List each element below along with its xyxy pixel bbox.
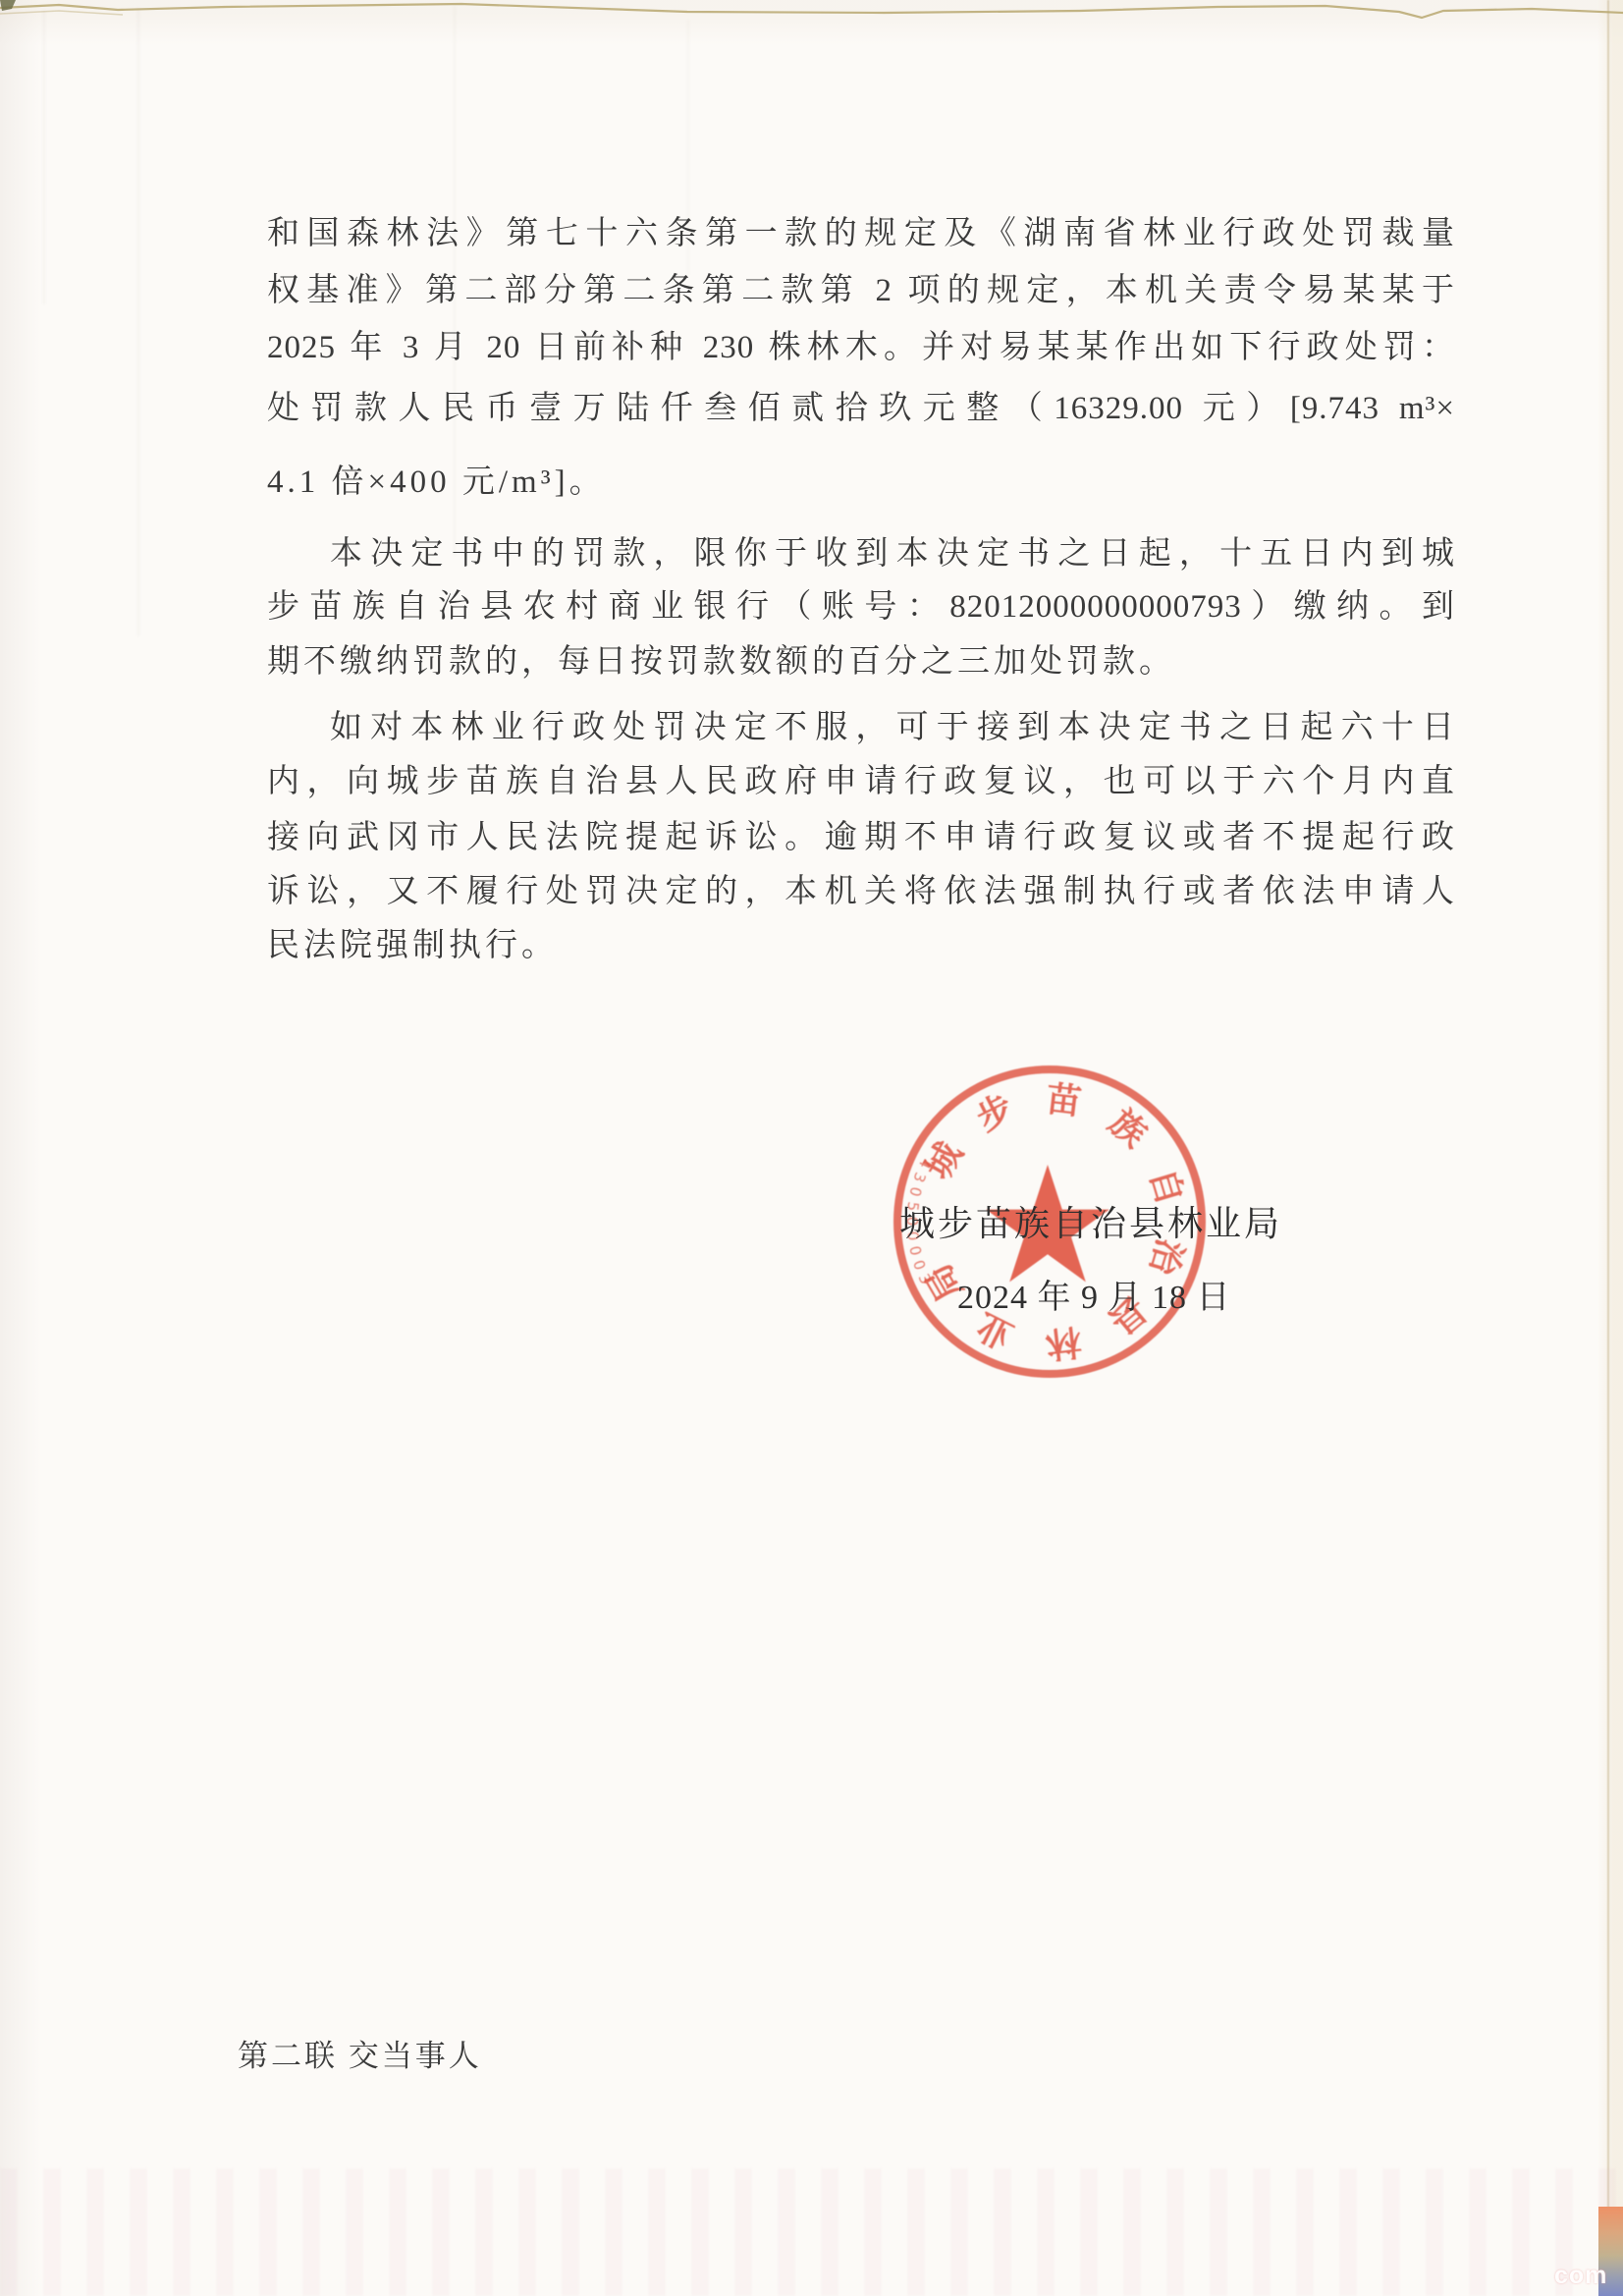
body-lines: 和国森林法》第七十六条第一款的规定及《湖南省林业行政处罚裁量权基准》第二部分第二… <box>267 206 1455 974</box>
body-line: 本决定书中的罚款，限你于收到本决定书之日起，十五日内到城 <box>267 526 1455 582</box>
svg-text:林: 林 <box>1043 1321 1083 1364</box>
body-line: 2025 年 3 月 20 日前补种 230 株林木。并对易某某作出如下行政处罚… <box>267 320 1455 376</box>
watermark-text: com <box>1554 2262 1607 2290</box>
body-line: 和国森林法》第七十六条第一款的规定及《湖南省林业行政处罚裁量 <box>267 206 1455 262</box>
body-line: 内，向城步苗族自治县人民政府申请行政复议，也可以于六个月内直 <box>267 754 1455 810</box>
paper-crease <box>137 8 139 636</box>
paper-crease <box>43 10 45 304</box>
body-line: 权基准》第二部分第二条第二款第 2 项的规定，本机关责令易某某于 <box>267 263 1455 319</box>
body-line: 处罚款人民币壹万陆仟叁佰贰拾玖元整（16329.00 元）[9.743 m³× <box>267 381 1455 437</box>
body-line: 民法院强制执行。 <box>267 918 1455 974</box>
svg-text:苗: 苗 <box>1044 1079 1083 1122</box>
torn-top-edge <box>0 0 1623 39</box>
body-line: 接向武冈市人民法院提起诉讼。逾期不申请行政复议或者不提起行政 <box>267 810 1455 866</box>
svg-text:步: 步 <box>970 1087 1019 1138</box>
body-line: 如对本林业行政处罚决定不服，可于接到本决定书之日起六十日 <box>267 700 1455 756</box>
scanner-striping <box>0 2168 1623 2296</box>
svg-text:3: 3 <box>909 1170 929 1184</box>
body-line: 4.1 倍×400 元/m³]。 <box>267 455 1455 511</box>
scanned-page: 和国森林法》第七十六条第一款的规定及《湖南省林业行政处罚裁量权基准》第二部分第二… <box>0 0 1623 2296</box>
decision-date: 2024 年 9 月 18 日 <box>957 1270 1231 1318</box>
svg-text:0: 0 <box>909 1258 929 1273</box>
body-line: 诉讼，又不履行处罚决定的，本机关将依法强制执行或者依法申请人 <box>267 864 1455 920</box>
svg-text:族: 族 <box>1102 1102 1154 1155</box>
underlying-page-edge <box>1607 0 1609 2296</box>
body-line: 步苗族自治县农村商业银行（账号：82012000000000793）缴纳。到 <box>267 579 1455 635</box>
body-line: 期不缴纳罚款的，每日按罚款数额的百分之三加处罚款。 <box>267 634 1455 690</box>
corner-chip <box>0 0 16 11</box>
issuing-agency: 城步苗族自治县林业局 <box>899 1196 1282 1246</box>
copy-designation: 第二联 交当事人 <box>238 2031 482 2075</box>
